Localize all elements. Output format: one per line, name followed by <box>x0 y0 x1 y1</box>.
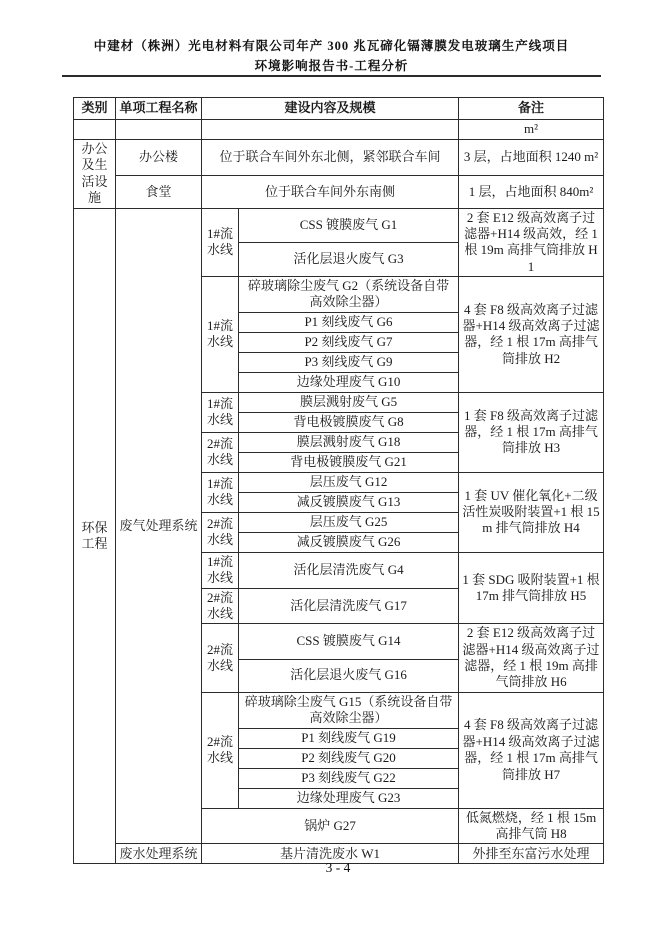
cell-gas-item: 活化层退火废气 G16 <box>239 659 459 692</box>
cell-gas-item: P2 刻线废气 G20 <box>239 748 459 768</box>
gas-row: 环保工程 废气处理系统 1#流水线 CSS 镀膜废气 G1 2 套 E12 级高… <box>74 208 604 242</box>
document-header: 中建材（株洲）光电材料有限公司年产 300 兆瓦碲化镉薄膜发电玻璃生产线项目 环… <box>62 36 601 76</box>
col-header-content-scale: 建设内容及规模 <box>202 98 459 120</box>
header-rule <box>62 75 601 77</box>
construction-content-table: 类别 单项工程名称 建设内容及规模 备注 m² 办公及生活设施 办公楼 位于联合… <box>73 97 604 864</box>
cell-remark: 1 套 UV 催化氧化+二级活性炭吸附装置+1 根 15m 排气筒排放 H4 <box>459 472 604 552</box>
cell-content: 位于联合车间外东南侧 <box>202 176 459 208</box>
cell-line-label: 1#流水线 <box>202 472 239 512</box>
cell-gas-system: 废气处理系统 <box>116 208 202 844</box>
cell-remark: 2 套 E12 级高效离子过滤器+H14 级高效离子过滤器，经 1 根 19m … <box>459 624 604 693</box>
page-number: 3 - 4 <box>73 860 603 876</box>
cell-gas-item: 背电极镀膜废气 G8 <box>239 412 459 432</box>
empty-cell <box>116 120 202 140</box>
cell-gas-item: CSS 镀膜废气 G14 <box>239 624 459 659</box>
cell-gas-item: CSS 镀膜废气 G1 <box>239 208 459 242</box>
cell-gas-item: 碎玻璃除尘废气 G15（系统设备自带高效除尘器） <box>239 692 459 728</box>
cell-project-name: 办公楼 <box>116 140 202 176</box>
cell-gas-item: 活化层清洗废气 G17 <box>239 588 459 624</box>
cell-gas-item: 背电极镀膜废气 G21 <box>239 452 459 472</box>
cell-line-label: 1#流水线 <box>202 277 239 393</box>
cell-category-office: 办公及生活设施 <box>74 140 116 209</box>
cell-line-label: 2#流水线 <box>202 692 239 808</box>
cell-remark: 1 套 F8 级高效离子过滤器，经 1 根 17m 高排气筒排放 H3 <box>459 392 604 472</box>
cell-gas-item: 层压废气 G25 <box>239 512 459 532</box>
cell-remark: 1 套 SDG 吸附装置+1 根 17m 排气筒排放 H5 <box>459 552 604 624</box>
cell-gas-item: 边缘处理废气 G23 <box>239 788 459 808</box>
cell-gas-item: 层压废气 G12 <box>239 472 459 492</box>
cell-remark: 低氮燃烧，经 1 根 15m 高排气筒 H8 <box>459 808 604 844</box>
cell-content: 位于联合车间外东北侧，紧邻联合车间 <box>202 140 459 176</box>
cell-line-label: 2#流水线 <box>202 432 239 472</box>
col-header-project-name: 单项工程名称 <box>116 98 202 120</box>
cell-line-label: 1#流水线 <box>202 208 239 277</box>
cell-content: 锅炉 G27 <box>202 808 459 844</box>
cell-remark: m² <box>459 120 604 140</box>
cell-gas-item: 活化层退火废气 G3 <box>239 242 459 276</box>
cell-gas-item: 碎玻璃除尘废气 G2（系统设备自带高效除尘器） <box>239 277 459 313</box>
cell-line-label: 2#流水线 <box>202 588 239 624</box>
col-header-remark: 备注 <box>459 98 604 120</box>
cell-project-name: 食堂 <box>116 176 202 208</box>
cell-category-env: 环保工程 <box>74 208 116 864</box>
cell-line-label: 2#流水线 <box>202 512 239 552</box>
cell-remark: 4 套 F8 级高效离子过滤器+H14 级高效离子过滤器，经 1 根 17m 高… <box>459 277 604 393</box>
cell-line-label: 2#流水线 <box>202 624 239 693</box>
cell-gas-item: 活化层清洗废气 G4 <box>239 552 459 588</box>
cell-gas-item: P3 刻线废气 G22 <box>239 768 459 788</box>
cell-remark: 1 层，占地面积 840m² <box>459 176 604 208</box>
cell-gas-item: P1 刻线废气 G6 <box>239 312 459 332</box>
cell-line-label: 1#流水线 <box>202 392 239 432</box>
cell-gas-item: P1 刻线废气 G19 <box>239 728 459 748</box>
empty-cell <box>74 120 116 140</box>
header-title-line1: 中建材（株洲）光电材料有限公司年产 300 兆瓦碲化镉薄膜发电玻璃生产线项目 <box>62 36 601 56</box>
cell-line-label: 1#流水线 <box>202 552 239 588</box>
cell-gas-item: P3 刻线废气 G9 <box>239 352 459 372</box>
empty-cell <box>202 120 459 140</box>
carryover-row: m² <box>74 120 604 140</box>
cell-gas-item: P2 刻线废气 G7 <box>239 332 459 352</box>
document-page: 中建材（株洲）光电材料有限公司年产 300 兆瓦碲化镉薄膜发电玻璃生产线项目 环… <box>0 0 663 929</box>
col-header-category: 类别 <box>74 98 116 120</box>
cell-gas-item: 膜层溅射废气 G5 <box>239 392 459 412</box>
table-header-row: 类别 单项工程名称 建设内容及规模 备注 <box>74 98 604 120</box>
office-building-row: 办公及生活设施 办公楼 位于联合车间外东北侧，紧邻联合车间 3 层，占地面积 1… <box>74 140 604 176</box>
cell-gas-item: 膜层溅射废气 G18 <box>239 432 459 452</box>
cell-remark: 4 套 F8 级高效离子过滤器+H14 级高效离子过滤器，经 1 根 17m 高… <box>459 692 604 808</box>
cell-gas-item: 减反镀膜废气 G13 <box>239 492 459 512</box>
cell-gas-item: 减反镀膜废气 G26 <box>239 532 459 552</box>
cell-remark: 2 套 E12 级高效离子过滤器+H14 级高效，经 1 根 19m 高排气筒排… <box>459 208 604 277</box>
header-title-line2: 环境影响报告书-工程分析 <box>62 56 601 76</box>
cell-gas-item: 边缘处理废气 G10 <box>239 372 459 392</box>
cell-remark: 3 层，占地面积 1240 m² <box>459 140 604 176</box>
canteen-row: 食堂 位于联合车间外东南侧 1 层，占地面积 840m² <box>74 176 604 208</box>
